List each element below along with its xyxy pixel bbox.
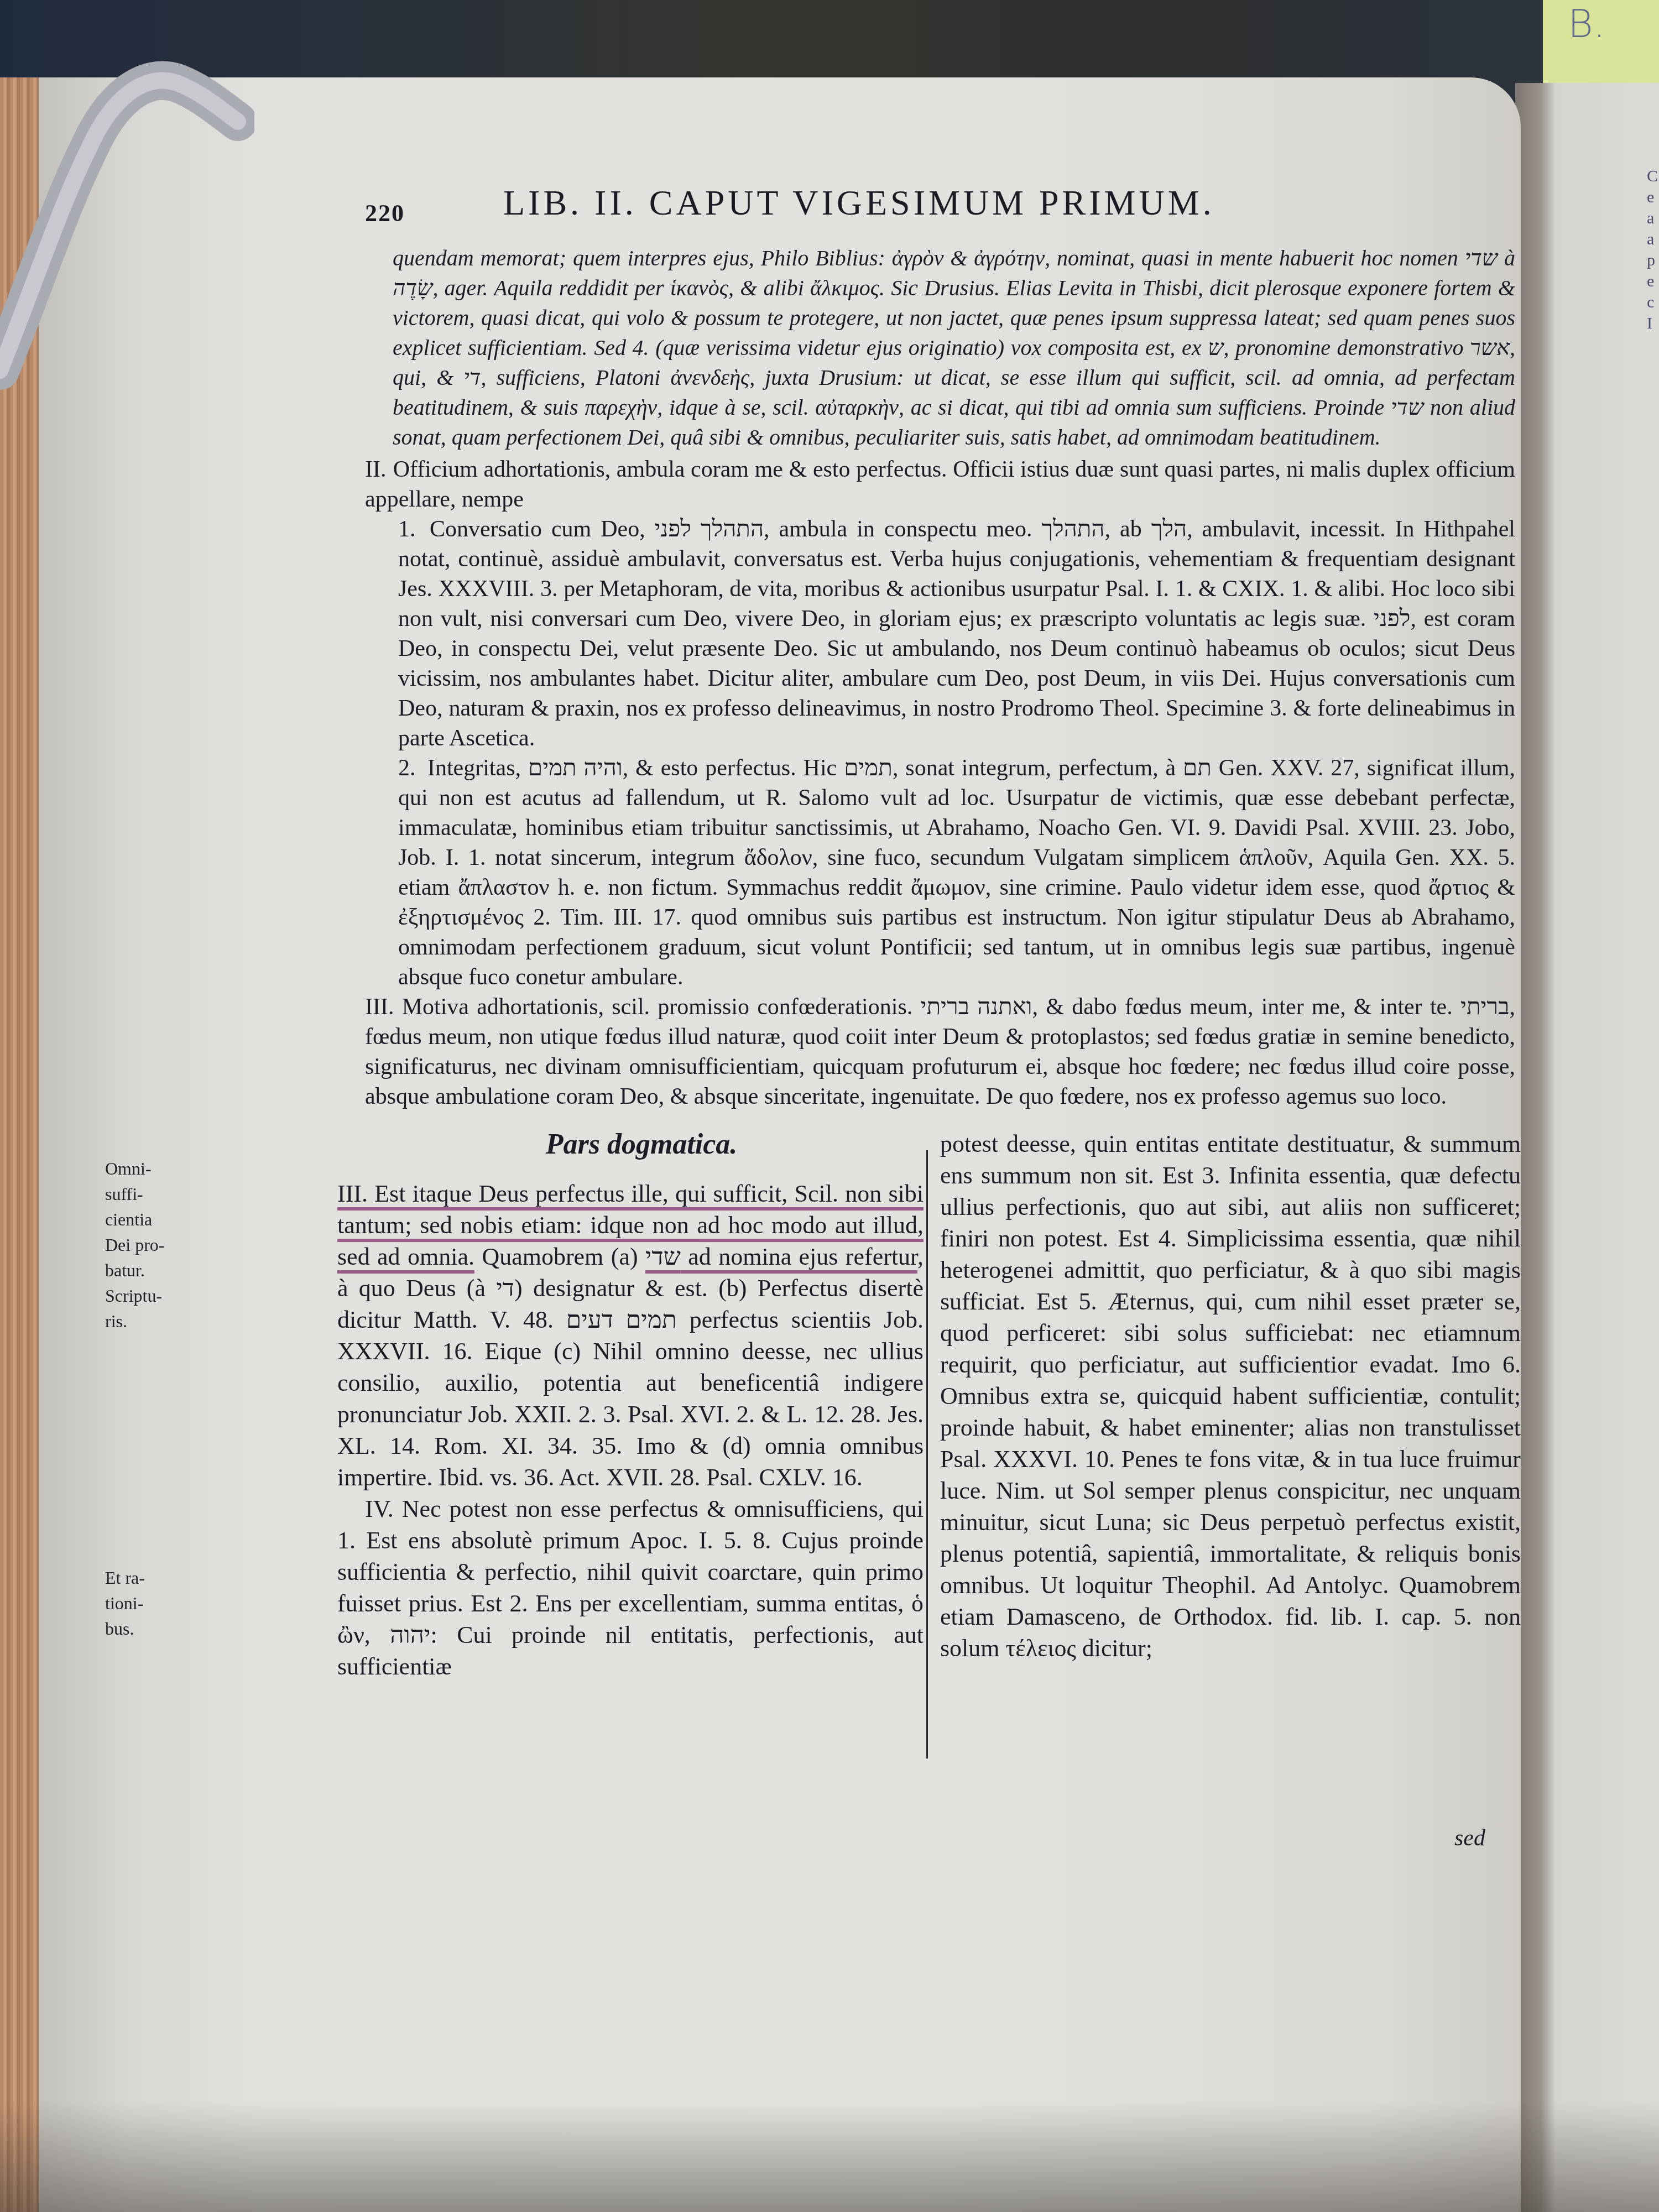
item-2: 2. Integritas, והיה תמים, & esto perfect… — [365, 753, 1515, 992]
section-ii-text: Officium adhortationis, ambula coram me … — [365, 457, 1515, 512]
dogmatic-part: Pars dogmatica. Omni- suffi- cientia Dei… — [365, 1128, 1515, 1161]
section-numeral: III. — [365, 992, 394, 1022]
page-text-block: 220 LIB. II. CAPUT VIGESIMUM PRIMUM. que… — [365, 182, 1515, 1161]
sticky-note-label: B. — [1568, 1, 1605, 46]
item-numeral: 1. — [398, 514, 420, 544]
right-column: potest deesse, quin entitas entitate des… — [940, 1128, 1521, 1664]
opening-paragraph: quendam memorat; quem interpres ejus, Ph… — [365, 243, 1515, 452]
section-numeral: II. — [365, 455, 387, 484]
item-1: 1. Conversatio cum Deo, התהלך לפני, ambu… — [365, 514, 1515, 753]
paragraph-iv: IV. Nec potest non esse perfectus & omni… — [337, 1493, 924, 1682]
catchword: sed — [1454, 1825, 1485, 1851]
book-page: 220 LIB. II. CAPUT VIGESIMUM PRIMUM. que… — [39, 77, 1521, 2212]
section-heading: Pars dogmatica. — [365, 1128, 918, 1161]
item-1-text: Conversatio cum Deo, התהלך לפני, ambula … — [398, 517, 1515, 751]
right-column-text: potest deesse, quin entitas entitate des… — [940, 1130, 1521, 1662]
bottom-shadow — [0, 2101, 1659, 2212]
section-ii: II. Officium adhortationis, ambula coram… — [365, 455, 1515, 514]
margin-note-scripture: Omni- suffi- cientia Dei pro- batur. Scr… — [105, 1156, 165, 1334]
item-2-text: Integritas, והיה תמים, & esto perfectus.… — [398, 755, 1515, 990]
section-iii-text: Motiva adhortationis, scil. promissio co… — [365, 994, 1515, 1109]
page-number: 220 — [365, 199, 405, 227]
chapter-title: LIB. II. CAPUT VIGESIMUM PRIMUM. — [503, 182, 1215, 223]
facing-page-letters: C e a a p e c I — [1647, 166, 1659, 334]
exegetical-part: quendam memorat; quem interpres ejus, Ph… — [365, 243, 1515, 1112]
section-iii: III. Motiva adhortationis, scil. promiss… — [365, 992, 1515, 1112]
underlined-passage: שדי ad nomina ejus refertur — [645, 1243, 917, 1270]
running-head: 220 LIB. II. CAPUT VIGESIMUM PRIMUM. — [365, 182, 1515, 243]
facing-page-edge — [1515, 83, 1659, 2212]
item-numeral: 2. — [398, 753, 420, 783]
margin-note-reason: Et ra- tioni- bus. — [105, 1565, 145, 1641]
column-divider — [926, 1150, 928, 1759]
left-column: III. Est itaque Deus perfectus ille, qui… — [337, 1178, 924, 1682]
ribbon-bookmark-icon — [0, 39, 254, 398]
sticky-note: B. — [1543, 0, 1659, 83]
